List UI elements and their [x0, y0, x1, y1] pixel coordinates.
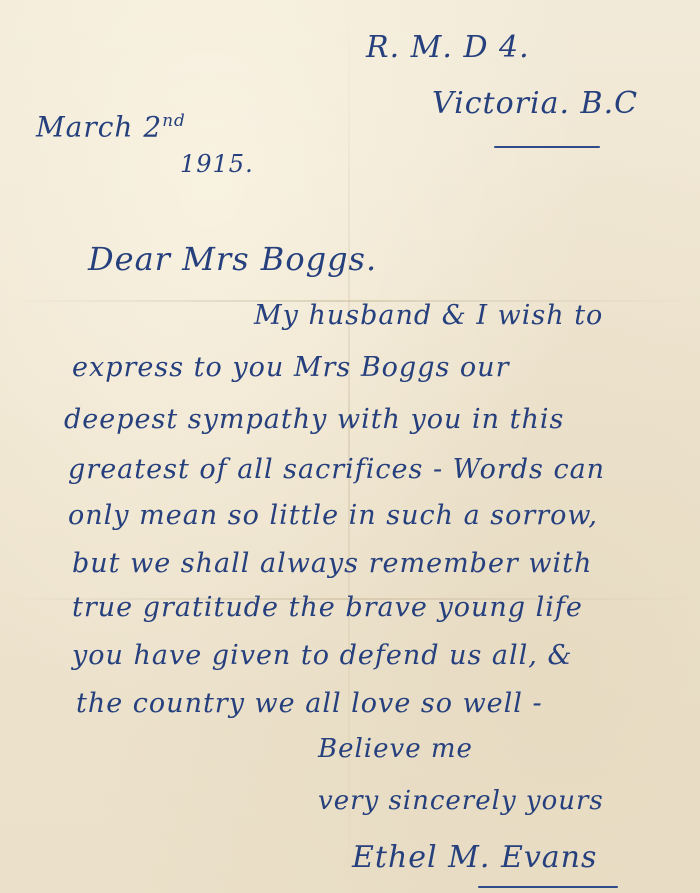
body-line: but we shall always remember with	[72, 548, 592, 579]
address-underline	[494, 146, 600, 148]
date-month-day: March 2	[36, 110, 162, 143]
closing-line-1: Believe me	[318, 734, 473, 764]
salutation: Dear Mrs Boggs.	[88, 240, 377, 278]
body-line: My husband & I wish to	[254, 300, 603, 331]
date-ordinal: nd	[162, 110, 186, 130]
body-line: true gratitude the brave young life	[72, 592, 583, 623]
body-line: deepest sympathy with you in this	[64, 404, 564, 435]
body-line: express to you Mrs Boggs our	[72, 352, 509, 383]
date-line-2: 1915.	[180, 150, 254, 178]
address-line-1: R. M. D 4.	[366, 30, 530, 65]
letter-page: R. M. D 4. Victoria. B.C March 2nd 1915.…	[0, 0, 700, 893]
closing-line-2: very sincerely yours	[318, 786, 604, 816]
body-line: the country we all love so well -	[76, 688, 543, 719]
body-line: only mean so little in such a sorrow,	[68, 500, 598, 531]
address-line-2: Victoria. B.C	[432, 86, 638, 121]
body-line: greatest of all sacrifices - Words can	[68, 454, 605, 485]
body-line: you have given to defend us all, &	[72, 640, 572, 671]
signature-underline	[478, 886, 618, 888]
signature: Ethel M. Evans	[352, 840, 597, 875]
date-line-1: March 2nd	[36, 110, 186, 143]
